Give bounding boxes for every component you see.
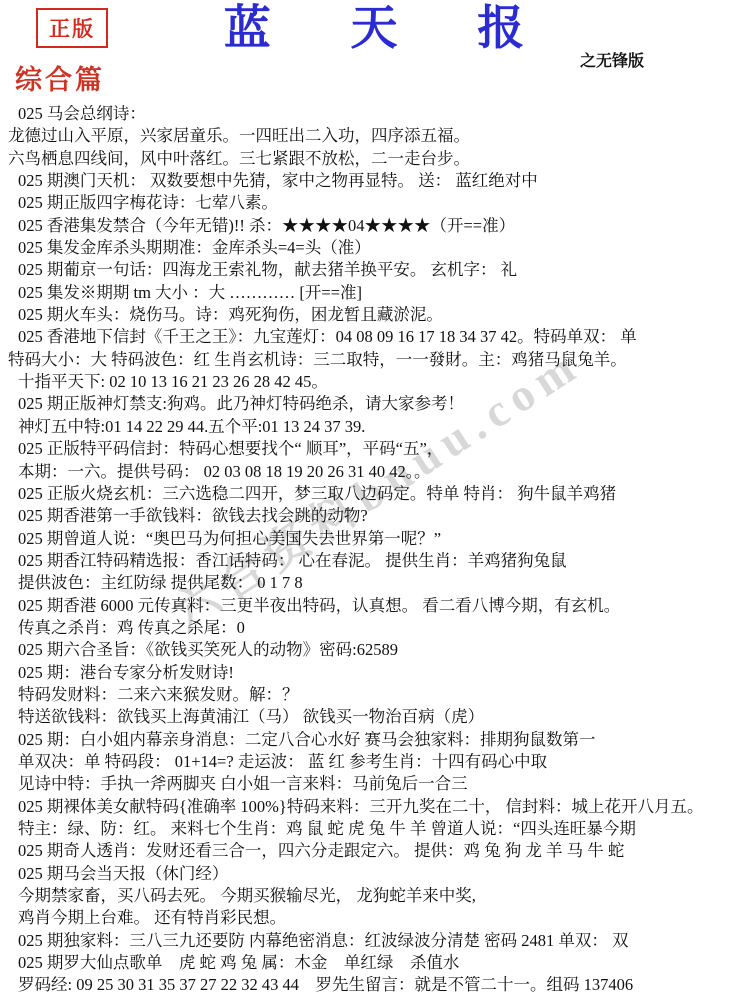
body-line: 本期：一六。提供号码： 02 03 08 18 19 20 26 31 40 4… bbox=[18, 461, 748, 483]
body-line: 025 期香港 6000 元传真料：三更半夜出特码，认真想。 看二看八博今期，有… bbox=[18, 595, 748, 617]
body-line: 025 期：港台专家分析发财诗! bbox=[18, 662, 748, 684]
body-line: 025 正版特平码信封：特码心想要找个“ 顺耳”，平码“五”， bbox=[18, 438, 748, 460]
body-line: 鸡肖今期上台难。 还有特肖彩民想。 bbox=[18, 907, 748, 929]
body-line: 罗码经: 09 25 30 31 35 37 27 22 32 43 44 罗先… bbox=[18, 974, 748, 996]
body-line: 特主：绿、防：红。 来料七个生肖：鸡 鼠 蛇 虎 兔 牛 羊 曾道人说：“四头连… bbox=[18, 818, 748, 840]
body-line: 单双决：单 特码段： 01+14=? 走运波： 蓝 红 参考生肖：十四有码心中取 bbox=[18, 751, 748, 773]
body-line: 特送欲钱料：欲钱买上海黄浦江（马） 欲钱买一物治百病（虎） bbox=[18, 706, 748, 728]
body-line: 025 正版火烧玄机：三六选稳二四开，梦三取八边码定。特单 特肖： 狗牛鼠羊鸡猪 bbox=[18, 483, 748, 505]
body-line: 十指平天下: 02 10 13 16 21 23 26 28 42 45。 bbox=[18, 371, 748, 393]
body-line: 六鸟栖息四线间，风中叶落红。三七紧跟不放松，二一走台步。 bbox=[8, 148, 748, 170]
body-line: 神灯五中特:01 14 22 29 44.五个平:01 13 24 37 39. bbox=[18, 416, 748, 438]
body-lines: 025 马会总纲诗：龙德过山入平原，兴家居童乐。一四旺出二入功，四序添五福。六鸟… bbox=[18, 103, 748, 997]
newspaper-page: 正版 蓝 天 报 之无锋版 综合篇 六合资料buuu.com 025 马会总纲诗… bbox=[0, 0, 748, 997]
body-line: 025 期澳门天机： 双数要想中先猜，家中之物再显特。 送： 蓝红绝对中 bbox=[18, 170, 748, 192]
body-line: 龙德过山入平原，兴家居童乐。一四旺出二入功，四序添五福。 bbox=[8, 125, 748, 147]
section-heading: 综合篇 bbox=[15, 58, 105, 97]
edition-label: 之无锋版 bbox=[580, 48, 644, 71]
body-line: 025 期六合圣旨：《欲钱买笑死人的动物》密码:62589 bbox=[18, 639, 748, 661]
body-line: 见诗中特：手执一斧两脚夹 白小姐一言来料：马前兔后一合三 bbox=[18, 773, 748, 795]
body-line: 特码大小：大 特码波色：红 生肖玄机诗：三二取特，一一發財。主：鸡猪马鼠兔羊。 bbox=[8, 349, 748, 371]
body-line: 传真之杀肖：鸡 传真之杀尾：0 bbox=[18, 617, 748, 639]
body-line: 025 期火车头：烧伤马。诗：鸡死狗伤，困龙暂且藏淤泥。 bbox=[18, 304, 748, 326]
body-line: 025 期马会当天报（休门经） bbox=[18, 863, 748, 885]
body-line: 025 期曾道人说：“奥巴马为何担心美国失去世界第一呢？” bbox=[18, 528, 748, 550]
body-line: 025 香港地下信封《千王之王》：九宝莲灯：04 08 09 16 17 18 … bbox=[18, 326, 748, 348]
body-line: 025 马会总纲诗： bbox=[18, 103, 748, 125]
body-line: 025 期香港第一手欲钱料：欲钱去找会跳的动物? bbox=[18, 505, 748, 527]
body-line: 025 期正版神灯禁支:狗鸡。此乃神灯特码绝杀，请大家参考！ bbox=[18, 393, 748, 415]
body-line: 025 期葡京一句话：四海龙王索礼物，献去猪羊换平安。 玄机字： 礼 bbox=[18, 259, 748, 281]
body-line: 提供波色：主红防绿 提供尾数： 0 1 7 8 bbox=[18, 572, 748, 594]
body-line: 025 期独家料：三八三九还要防 内幕绝密消息：红波绿波分清楚 密码 2481 … bbox=[18, 930, 748, 952]
body-line: 025 期正版四字梅花诗：七荤八素。 bbox=[18, 192, 748, 214]
body-line: 今期禁家畜，买八码去死。 今期买猴输尽光， 龙狗蛇羊来中奖, bbox=[18, 885, 748, 907]
body-line: 025 期罗大仙点歌单 虎 蛇 鸡 兔 属：木金 单红绿 杀值水 bbox=[18, 952, 748, 974]
body-line: 特码发财料：二来六来猴发财。解：？ bbox=[18, 684, 748, 706]
body-line: 025 香港集发禁合（今年无错)!! 杀：★★★★04★★★★（开==准） bbox=[18, 215, 748, 237]
body-line: 025 期：白小姐内幕亲身消息：二定八合心水好 赛马会独家料：排期狗鼠数第一 bbox=[18, 729, 748, 751]
body-line: 025 集发※期期 tm 大小 ：大 ………… [开==准] bbox=[18, 282, 748, 304]
body-line: 025 期裸体美女献特码{准确率 100%}特码来料：三开九奖在二十， 信封料：… bbox=[18, 796, 748, 818]
body-line: 025 集发金库杀头期期准：金库杀头=4=头（准） bbox=[18, 237, 748, 259]
body-line: 025 期香江特码精选报：香江话特码： 心在春泥。 提供生肖：羊鸡猪狗兔鼠 bbox=[18, 550, 748, 572]
body-line: 025 期奇人透肖：发财还看三合一，四六分走跟定六。 提供：鸡 兔 狗 龙 羊 … bbox=[18, 840, 748, 862]
